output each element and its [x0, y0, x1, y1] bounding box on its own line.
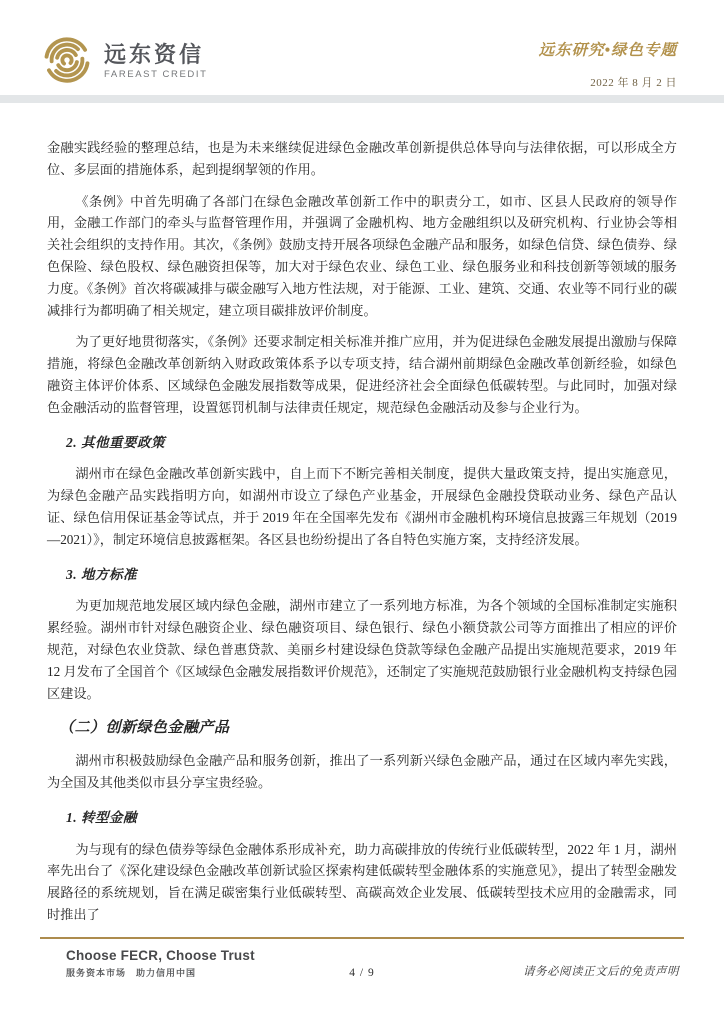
- paragraph: 湖州市积极鼓励绿色金融产品和服务创新，推出了一系列新兴绿色金融产品，通过在区域内…: [47, 750, 677, 794]
- header-right: 远东研究•绿色专题 2022 年 8 月 2 日: [539, 36, 677, 90]
- report-date: 2022 年 8 月 2 日: [539, 74, 677, 90]
- paragraph: 湖州市在绿色金融改革创新实践中，自上而下不断完善相关制度，提供大量政策支持，提出…: [47, 463, 677, 550]
- series-title: 远东研究•绿色专题: [539, 38, 677, 60]
- report-header: 远东资信 FAREAST CREDIT 远东研究•绿色专题 2022 年 8 月…: [40, 36, 677, 90]
- brand-logo: 远东资信 FAREAST CREDIT: [40, 36, 208, 86]
- section-heading-innovative-products: （二）创新绿色金融产品: [59, 718, 677, 740]
- footer-row: Choose FECR, Choose Trust 服务资本市场 助力信用中国 …: [40, 939, 684, 979]
- logo-text-en: FAREAST CREDIT: [104, 69, 208, 80]
- report-body: 金融实践经验的整理总结，也是为未来继续促进绿色金融改革创新提供总体导向与法律依据…: [47, 103, 677, 926]
- brand-wordmark: 远东资信 FAREAST CREDIT: [104, 42, 208, 80]
- report-footer: Choose FECR, Choose Trust 服务资本市场 助力信用中国 …: [40, 937, 684, 979]
- document-page: 远东资信 FAREAST CREDIT 远东研究•绿色专题 2022 年 8 月…: [0, 0, 724, 1024]
- header-divider-bar: [0, 95, 724, 103]
- paragraph: 为与现有的绿色债券等绿色金融体系形成补充，助力高碳排放的传统行业低碳转型，202…: [47, 839, 677, 926]
- slogan-english: Choose FECR, Choose Trust: [66, 948, 255, 963]
- paragraph: 《条例》中首先明确了各部门在绿色金融改革创新工作中的职责分工，如市、区县人民政府…: [47, 191, 677, 322]
- section-heading-local-standards: 3. 地方标准: [66, 564, 677, 586]
- section-heading-other-policies: 2. 其他重要政策: [66, 432, 677, 454]
- fareast-credit-logo-icon: [40, 36, 94, 86]
- section-heading-transition-finance: 1. 转型金融: [66, 807, 677, 829]
- paragraph: 为了更好地贯彻落实，《条例》还要求制定相关标准并推广应用，并为促进绿色金融发展提…: [47, 331, 677, 418]
- paragraph: 金融实践经验的整理总结，也是为未来继续促进绿色金融改革创新提供总体导向与法律依据…: [47, 137, 677, 181]
- page-number: 4 / 9: [40, 967, 684, 979]
- paragraph: 为更加规范地发展区域内绿色金融，湖州市建立了一系列地方标准，为各个领域的全国标准…: [47, 595, 677, 704]
- logo-text-cn: 远东资信: [104, 42, 208, 67]
